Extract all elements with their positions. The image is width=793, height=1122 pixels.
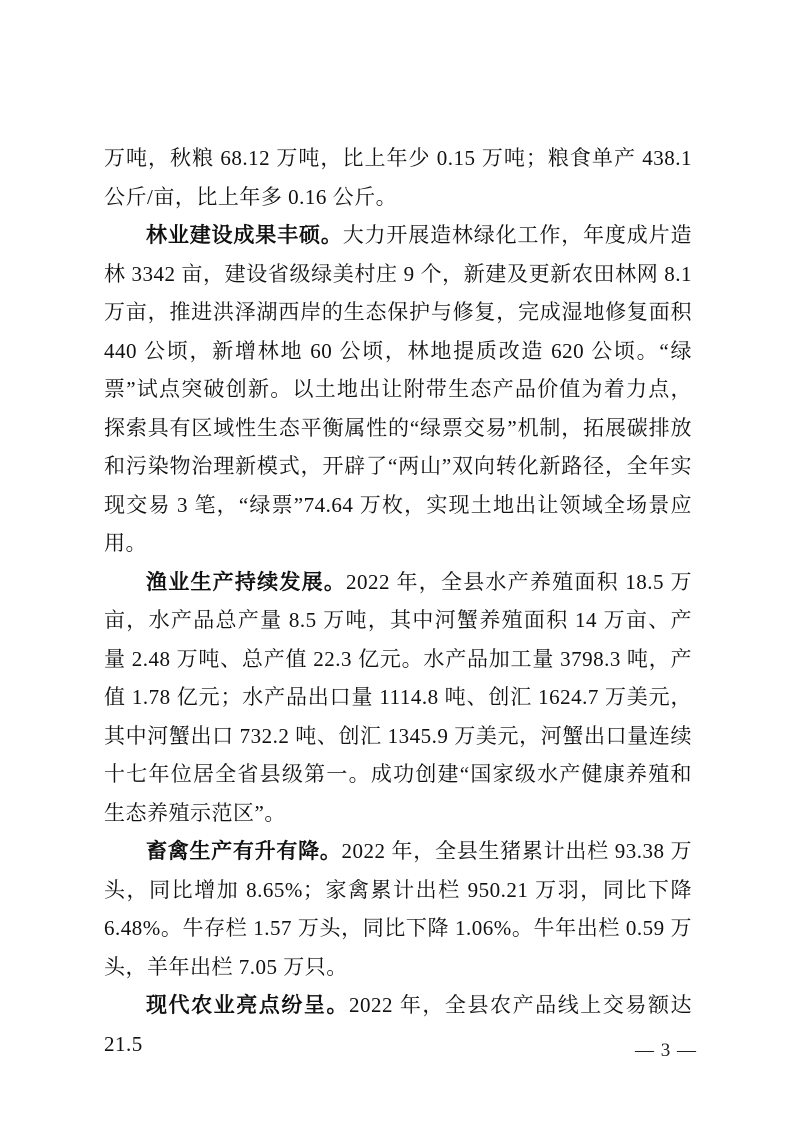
document-page: 万吨，秋粮 68.12 万吨，比上年少 0.15 万吨；粮食单产 438.1 公…: [0, 0, 793, 1122]
para-forestry: 林业建设成果丰硕。大力开展造林绿化工作，年度成片造林 3342 亩，建设省级绿美…: [104, 216, 692, 563]
paragraph-text: 万吨，秋粮 68.12 万吨，比上年少 0.15 万吨；粮食单产 438.1 公…: [104, 146, 692, 209]
paragraph-lead: 畜禽生产有升有降。: [146, 839, 342, 863]
paragraph-text: 2022 年，全县水产养殖面积 18.5 万亩，水产品总产量 8.5 万吨，其中…: [104, 570, 692, 825]
document-body: 万吨，秋粮 68.12 万吨，比上年少 0.15 万吨；粮食单产 438.1 公…: [104, 139, 692, 1063]
page-number: — 3 —: [635, 1040, 697, 1062]
para-livestock: 畜禽生产有升有降。2022 年，全县生猪累计出栏 93.38 万头，同比增加 8…: [104, 832, 692, 986]
paragraph-lead: 现代农业亮点纷呈。: [146, 993, 349, 1017]
paragraph-lead: 林业建设成果丰硕。: [146, 223, 343, 247]
paragraph-lead: 渔业生产持续发展。: [146, 570, 346, 594]
para-grain-continuation: 万吨，秋粮 68.12 万吨，比上年少 0.15 万吨；粮食单产 438.1 公…: [104, 139, 692, 216]
paragraph-text: 大力开展造林绿化工作，年度成片造林 3342 亩，建设省级绿美村庄 9 个，新建…: [104, 223, 692, 555]
para-fishery: 渔业生产持续发展。2022 年，全县水产养殖面积 18.5 万亩，水产品总产量 …: [104, 563, 692, 833]
para-modern-agriculture: 现代农业亮点纷呈。2022 年，全县农产品线上交易额达 21.5: [104, 986, 692, 1063]
